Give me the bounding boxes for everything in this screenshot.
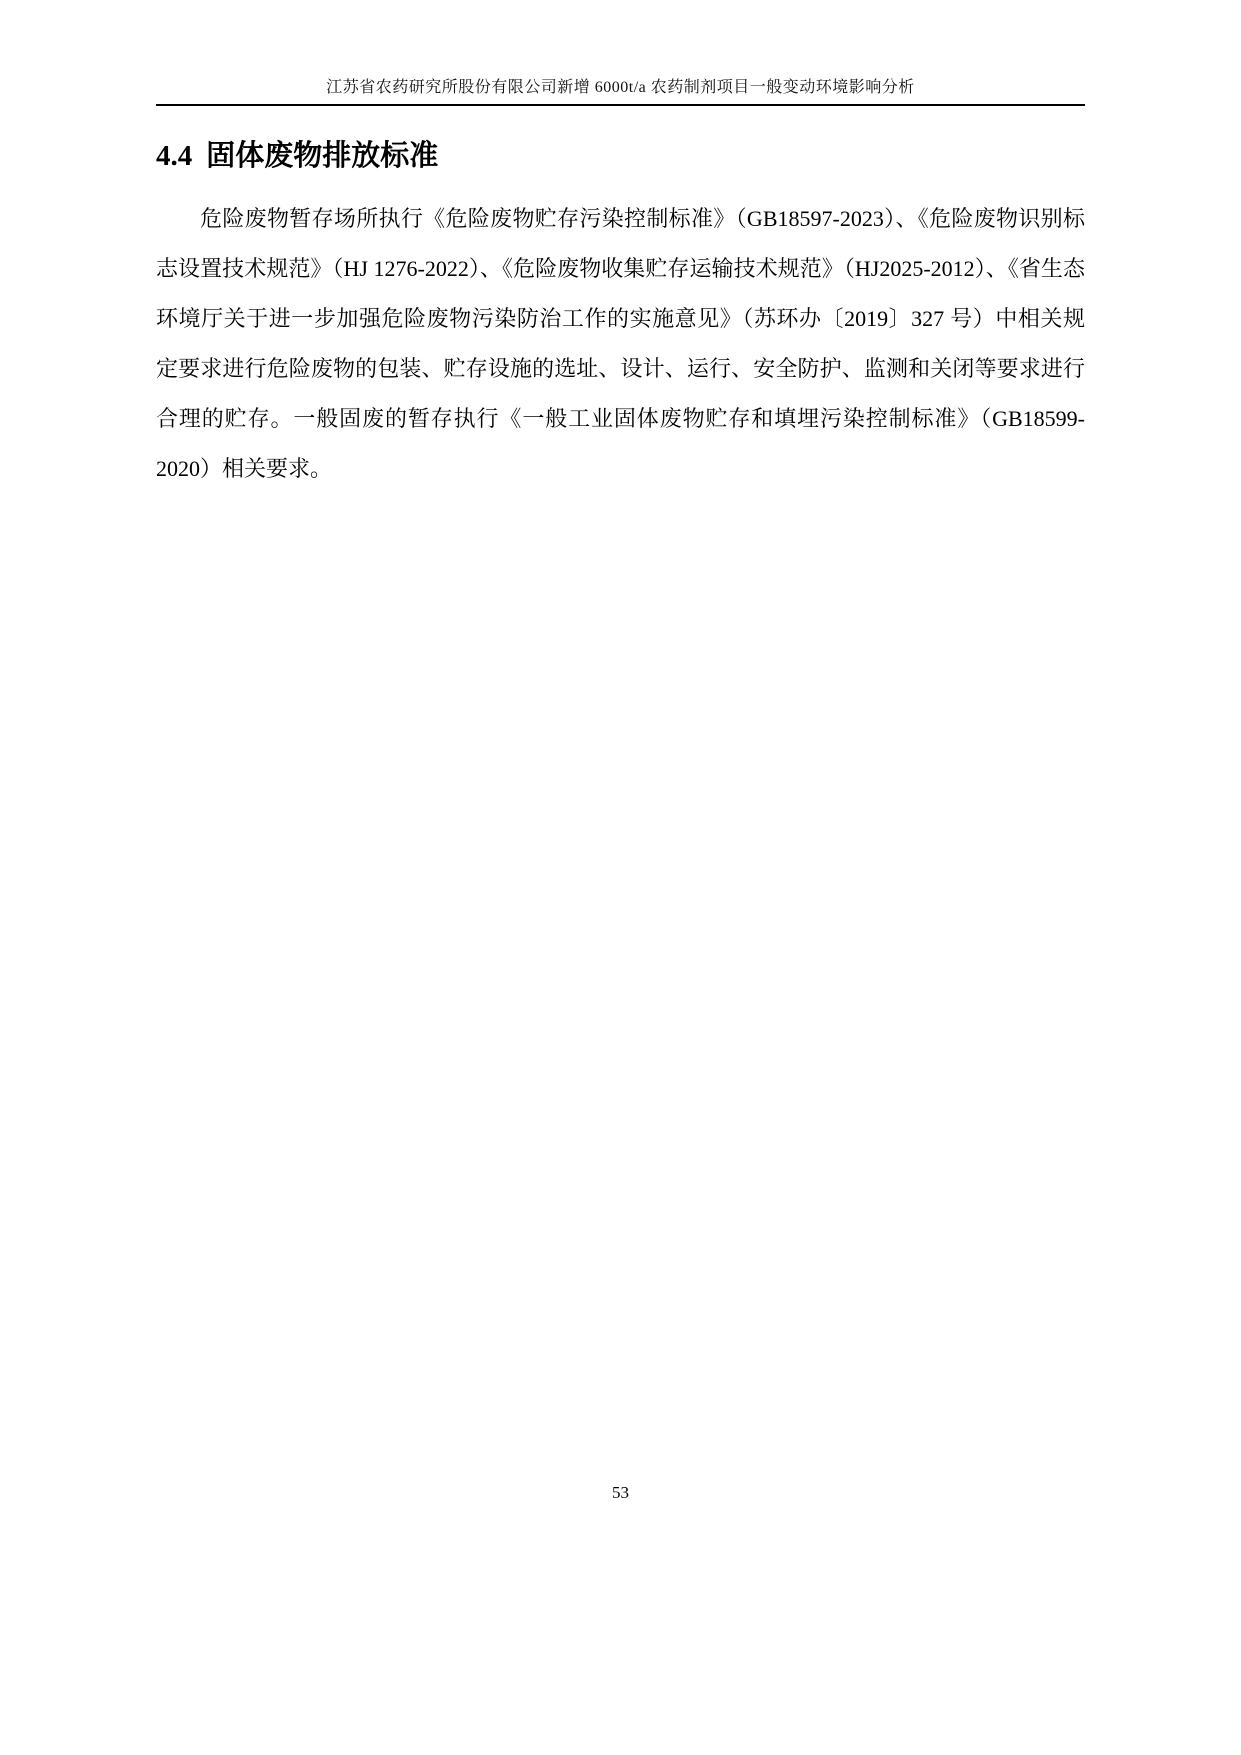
section-heading: 4.4固体废物排放标准	[156, 139, 1085, 174]
page-number: 53	[612, 1483, 629, 1502]
header-divider	[156, 104, 1085, 106]
page-content: 4.4固体废物排放标准 危险废物暂存场所执行《危险废物贮存污染控制标准》（GB1…	[156, 139, 1085, 494]
page-header: 江苏省农药研究所股份有限公司新增 6000t/a 农药制剂项目一般变动环境影响分…	[0, 0, 1241, 106]
header-running-title: 江苏省农药研究所股份有限公司新增 6000t/a 农药制剂项目一般变动环境影响分…	[0, 74, 1241, 97]
section-title: 固体废物排放标准	[206, 140, 438, 172]
page-footer: 53	[0, 1483, 1241, 1503]
body-paragraph: 危险废物暂存场所执行《危险废物贮存污染控制标准》（GB18597-2023）、《…	[156, 194, 1085, 494]
section-number: 4.4	[156, 140, 192, 172]
document-page: 江苏省农药研究所股份有限公司新增 6000t/a 农药制剂项目一般变动环境影响分…	[0, 0, 1241, 1755]
